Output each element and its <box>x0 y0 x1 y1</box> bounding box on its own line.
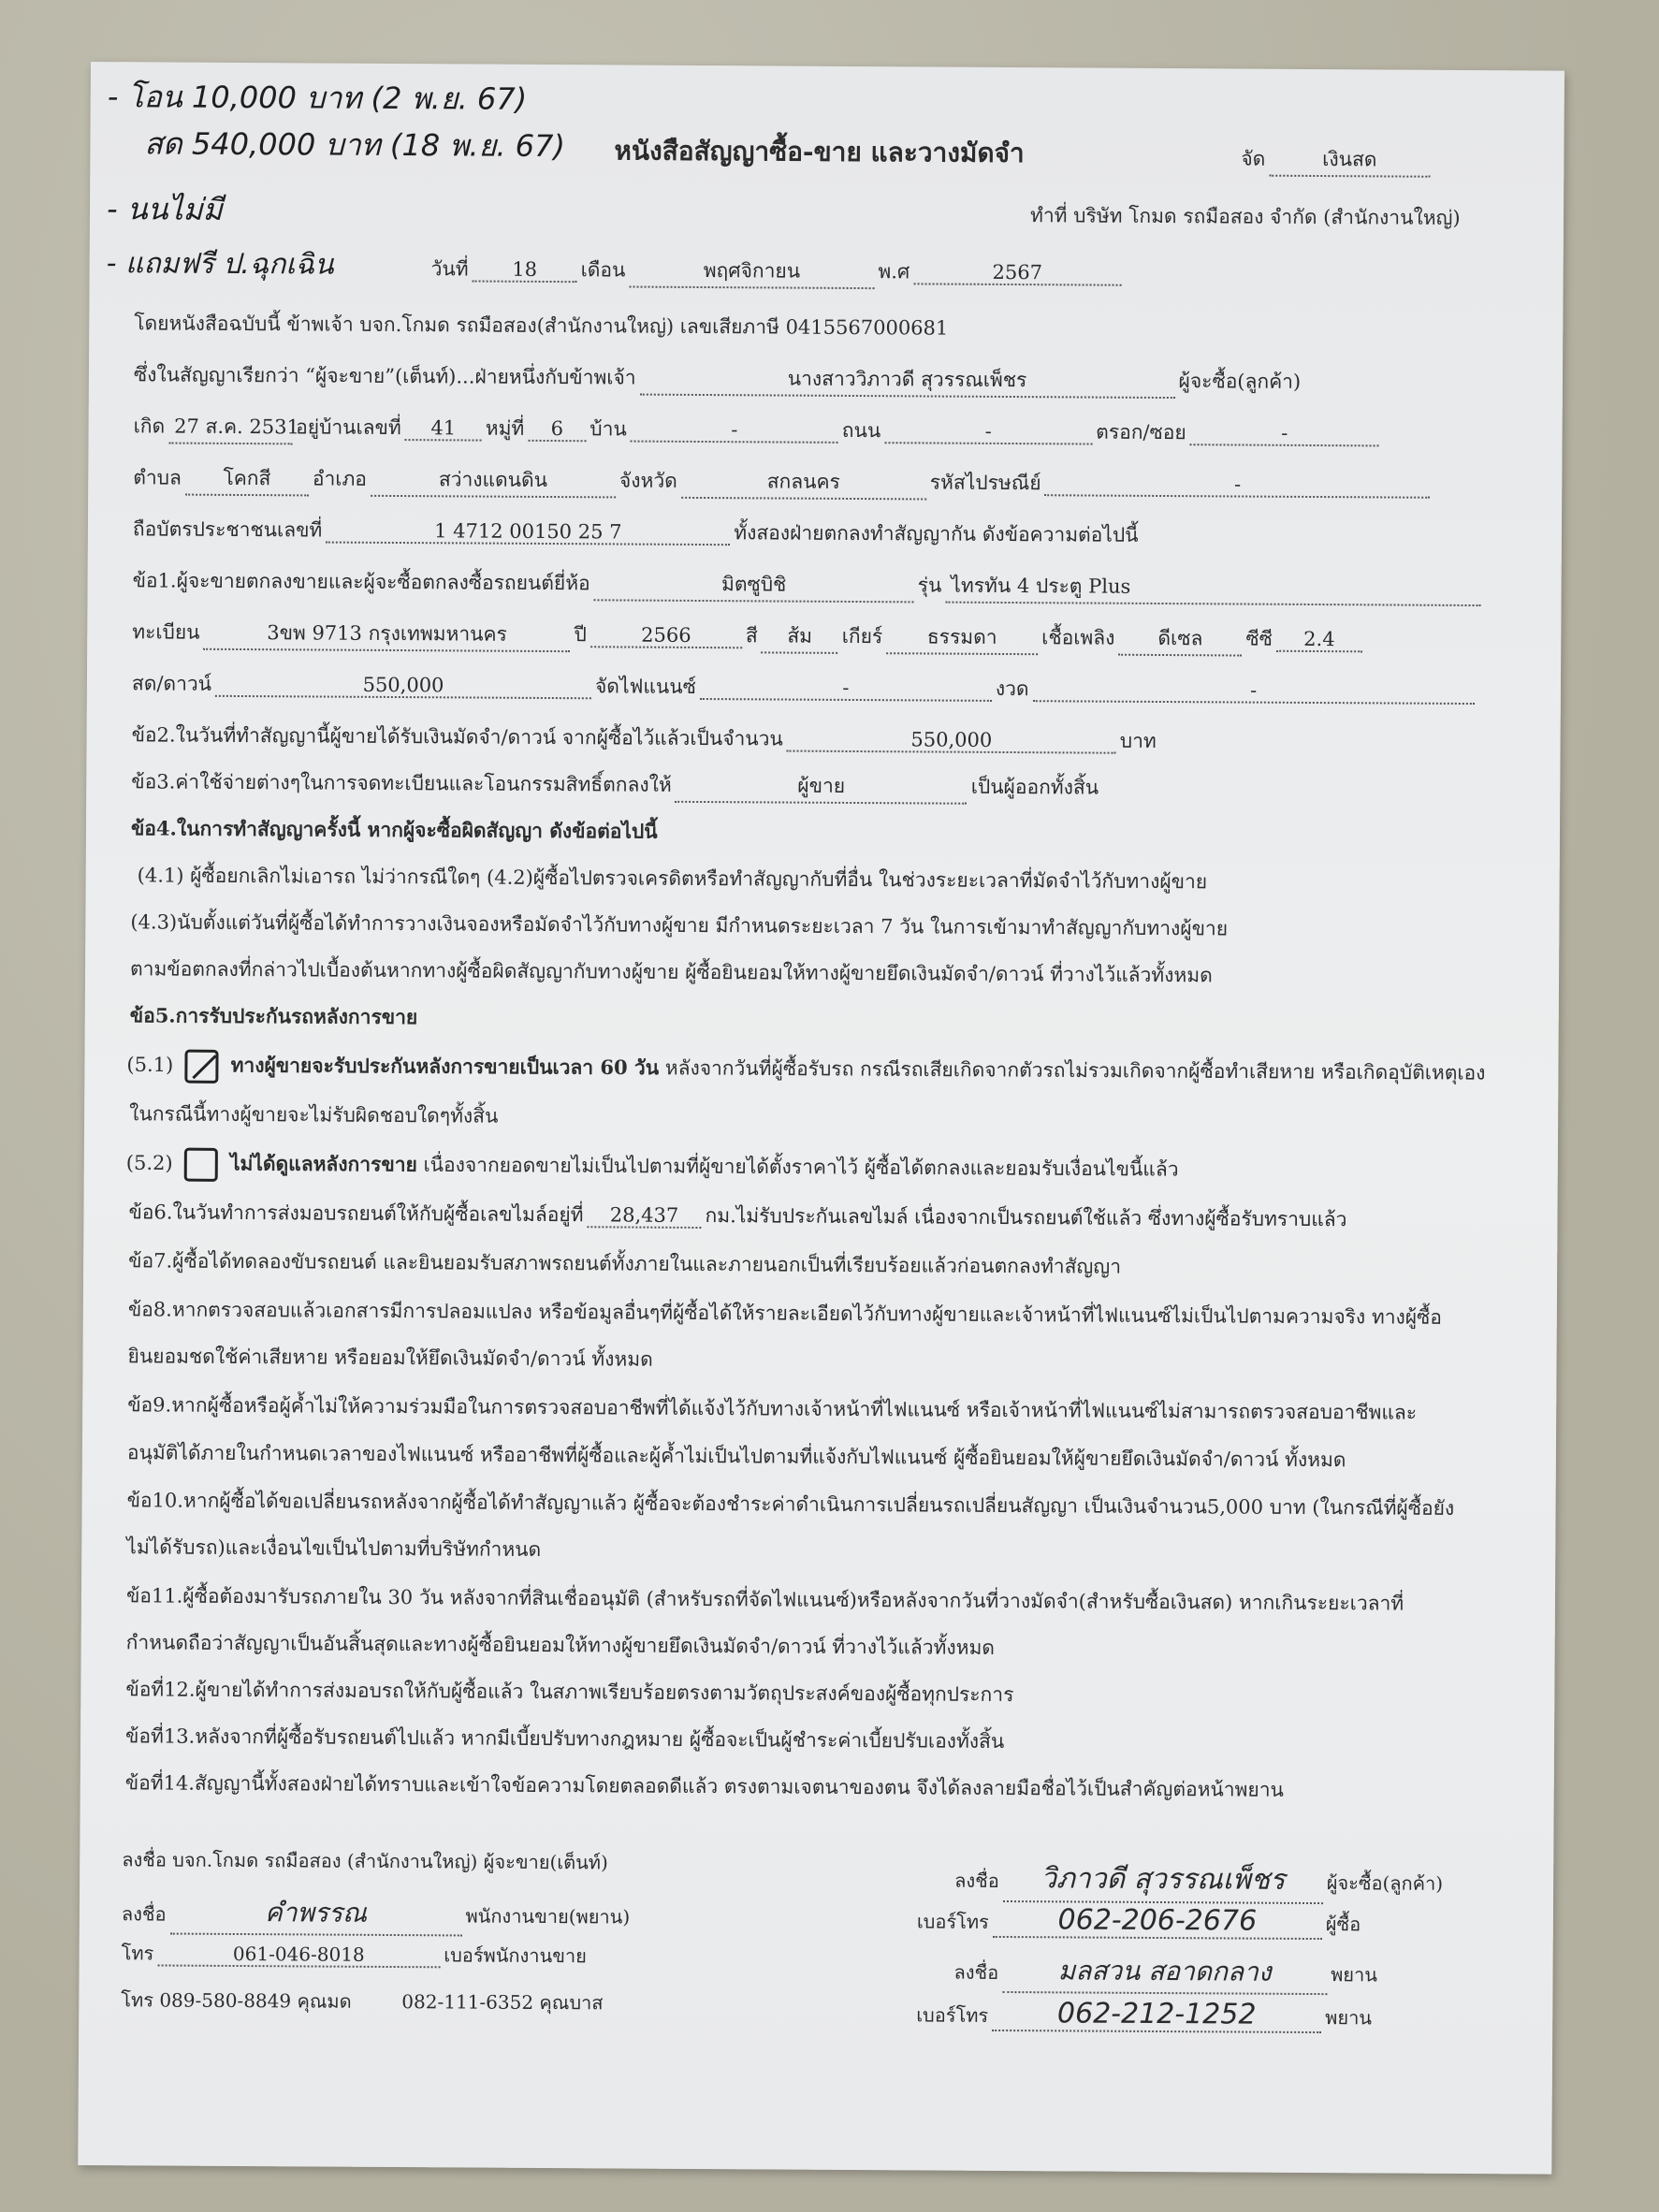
clause-3-suffix: เป็นผู้ออกทั้งสิ้น <box>971 772 1099 804</box>
vehicle-year: 2566 <box>590 623 742 648</box>
contract-paper: - โอน 10,000 บาท (2 พ.ย. 67) สด 540,000 … <box>78 62 1564 2175</box>
clause-5-2-label: (5.2) <box>126 1152 173 1174</box>
installment-label: งวด <box>996 674 1029 705</box>
clause-5-title: ข้อ5.การรับประกันรถหลังการขาย <box>130 1000 418 1033</box>
seller-signature-line: ลงชื่อ บจก.โกมด รถมือสอง (สำนักงานใหญ่) … <box>122 1844 608 1877</box>
subdistrict-value: โคกสี <box>185 463 309 497</box>
deposit-amount: 550,000 <box>787 728 1116 754</box>
handwritten-note-cash: สด 540,000 บาท (18 พ.ย. 67) <box>144 120 565 170</box>
id-value: 1 4712 00150 25 7 <box>326 519 730 546</box>
buyer-id-row: ถือบัตรประชาชนเลขที่ 1 4712 00150 25 7 ท… <box>133 514 1139 551</box>
month-label: เดือน <box>581 255 626 285</box>
clause-8b: ยินยอมชดใช้ค่าเสียหาย หรือยอมให้ยึดเงินม… <box>127 1341 652 1375</box>
witness-role: พยาน <box>1331 1959 1377 1989</box>
sales-sign-label: ลงชื่อ <box>122 1899 167 1928</box>
house-value: 41 <box>405 416 482 442</box>
vehicle-cc: 2.4 <box>1276 628 1362 653</box>
contact-2: 082-111-6352 คุณบาส <box>401 1986 603 2017</box>
sales-signature: คำพรรณ <box>169 1892 461 1937</box>
date-row: วันที่ 18 เดือน พฤศจิกายน พ.ศ 2567 <box>431 254 1126 291</box>
moo-label: หมู่ที่ <box>486 414 525 444</box>
clause-3: ข้อ3.ค่าใช้จ่ายต่างๆในการจดทะเบียนและโอน… <box>131 766 1099 805</box>
clause-5-1-bold: ทางผู้ขายจะรับประกันหลังการขายเป็นเวลา 6… <box>231 1053 660 1079</box>
year-label: พ.ศ <box>878 256 910 287</box>
finance-label: จัดไฟแนนซ์ <box>595 671 696 703</box>
postcode-value: - <box>1044 472 1430 499</box>
intro-line-1: โดยหนังสือฉบับนี้ ข้าพเจ้า บจก.โกมด รถมื… <box>134 308 948 343</box>
buyer-phone-label: เบอร์โทร <box>917 1906 989 1936</box>
clause-5-2-bold: ไม่ได้ดูแลหลังการขาย <box>230 1151 417 1175</box>
model-label: รุ่น <box>918 570 942 601</box>
cc-label: ซีซี <box>1245 624 1273 655</box>
year-value: 2567 <box>913 260 1121 285</box>
clause-4-1: (4.1) ผู้ซื้อยกเลิกไม่เอารถ ไม่ว่ากรณีใด… <box>138 860 1208 897</box>
village-label: บ้าน <box>589 414 627 444</box>
clause-5-1-text: หลังจากวันที่ผู้ซื้อรับรถ กรณีรถเสียเกิด… <box>659 1056 1485 1084</box>
warranty-60-days-checkbox[interactable] <box>185 1050 219 1084</box>
soi-label: ตรอก/ซอย <box>1096 417 1186 449</box>
witness-phone: 062-212-1252 <box>992 1997 1321 2033</box>
buyer-signature-row: ลงชื่อ วิภาวดี สุวรรณเพ็ชร ผู้จะซื้อ(ลูก… <box>954 1856 1443 1905</box>
buyer-role: ผู้จะซื้อ(ลูกค้า) <box>1327 1868 1444 1899</box>
clause-5-1-label: (5.1) <box>126 1054 173 1076</box>
clause-6-text: ข้อ6.ในวันทำการส่งมอบรถยนต์ให้กับผู้ซื้อ… <box>128 1197 583 1230</box>
born-value: 27 ส.ค. 2531 <box>168 412 292 445</box>
witness-phone-label: เบอร์โทร <box>916 2000 988 2030</box>
clause-13: ข้อที่13.หลังจากที่ผู้ซื้อรับรถยนต์ไปแล้… <box>125 1721 1004 1757</box>
handwritten-note-gift: - แถมฟรี ป.ฉุกเฉิน <box>107 241 334 286</box>
intro-line-2: ซึ่งในสัญญาเรียกว่า “ผู้จะขาย”(เต็นท์)..… <box>134 359 1301 400</box>
sales-phone-row: โทร 061-046-8018 เบอร์พนักงานขาย <box>122 1938 587 1971</box>
moo-value: 6 <box>528 417 586 442</box>
buyer-signature: วิภาวดี สุวรรณเพ็ชร <box>1003 1856 1323 1904</box>
contact-1: โทร 089-580-8849 คุณมด <box>121 1985 351 2016</box>
clause-4-3a: (4.3)นับตั้งแต่วันที่ผู้ซื้อได้ทำการวางเ… <box>130 907 1228 944</box>
clause-6: ข้อ6.ในวันทำการส่งมอบรถยนต์ให้กับผู้ซื้อ… <box>128 1197 1346 1235</box>
handwritten-note-transfer: - โอน 10,000 บาท (2 พ.ย. 67) <box>108 73 528 124</box>
witness-sign-label: ลงชื่อ <box>953 1957 998 1987</box>
day-label: วันที่ <box>431 254 469 284</box>
vehicle-brand: มิตซูบิชิ <box>594 568 914 603</box>
sales-role: พนักงานขาย(พยาน) <box>465 1900 630 1931</box>
clause-5-1-cont: ในกรณีนี้ทางผู้ขายจะไม่รับผิดชอบใดๆทั้งส… <box>129 1099 498 1131</box>
witness-phone-row: เบอร์โทร 062-212-1252 พยาน <box>916 1996 1372 2033</box>
mileage-value: 28,437 <box>587 1203 701 1229</box>
day-value: 18 <box>473 257 577 283</box>
vehicle-color: ส้ม <box>762 620 838 654</box>
clause-12: ข้อที่12.ผู้ขายได้ทำการส่งมอบรถให้กับผู้… <box>125 1674 1013 1710</box>
document-title: หนังสือสัญญาซื้อ-ขาย และวางมัดจำ <box>614 130 1025 174</box>
plate-value: 3ขพ 9713 กรุงเทพมหานคร <box>203 618 570 652</box>
district-value: สว่างแดนดิน <box>371 464 616 499</box>
buyer-address-row-1: เกิด 27 ส.ค. 2531 อยู่บ้านเลขที่ 41 หมู่… <box>134 411 1383 451</box>
buyer-phone-suffix: ผู้ซื้อ <box>1326 1909 1361 1939</box>
clause-14: ข้อที่14.สัญญานี้ทั้งสองฝ่ายได้ทราบและเข… <box>125 1768 1284 1806</box>
vehicle-row-3: สด/ดาวน์ 550,000 จัดไฟแนนซ์ - งวด - <box>132 668 1478 707</box>
clause-9a: ข้อ9.หากผู้ซื้อหรือผู้ค้ำไม่ให้ความร่วมม… <box>127 1390 1417 1428</box>
payment-type-field: จัด เงินสด <box>1241 144 1433 178</box>
id-suffix: ทั้งสองฝ่ายตกลงทำสัญญากัน ดังข้อความต่อไ… <box>734 517 1138 551</box>
clause-5-2-text: เนื่องจากยอดขายไม่เป็นไปตามที่ผู้ขายได้ต… <box>417 1154 1179 1181</box>
plate-label: ทะเบียน <box>132 617 199 648</box>
clause-10a: ข้อ10.หากผู้ซื้อได้ขอเปลี่ยนรถหลังจากผู้… <box>127 1485 1455 1524</box>
clause-11a: ข้อ11.ผู้ซื้อต้องมารับรถภายใน 30 วัน หลั… <box>126 1580 1404 1619</box>
postcode-label: รหัสไปรษณีย์ <box>930 467 1041 499</box>
witness-signature: มลสวน สอาดกลาง <box>1002 1950 1327 1995</box>
district-label: อำเภอ <box>313 463 367 494</box>
fuel-label: เชื้อเพลิง <box>1041 622 1114 653</box>
buyer-address-row-2: ตำบล โคกสี อำเภอ สว่างแดนดิน จังหวัด สกล… <box>133 462 1433 502</box>
buyer-role: ผู้จะซื้อ(ลูกค้า) <box>1178 366 1301 398</box>
color-label: สี <box>746 620 758 651</box>
clause-7: ข้อ7.ผู้ซื้อได้ทดลองขับรถยนต์ และยินยอมร… <box>128 1245 1121 1282</box>
buyer-name: นางสาววิภาวดี สุวรรณเพ็ชร <box>639 363 1174 399</box>
clause-4-3b: ตามข้อตกลงที่กล่าวไปเบื้องต้นหากทางผู้ซื… <box>130 953 1213 991</box>
witness-signature-row: ลงชื่อ มลสวน สอาดกลาง พยาน <box>953 1950 1377 1996</box>
vehicle-gear: ธรรมดา <box>886 621 1038 655</box>
house-label: อยู่บ้านเลขที่ <box>296 412 401 444</box>
clause-8a: ข้อ8.หากตรวจสอบแล้วเอกสารมีการปลอมแปลง ห… <box>128 1294 1442 1333</box>
buyer-phone: 062-206-2676 <box>993 1903 1322 1940</box>
fee-payer: ผู้ขาย <box>676 770 968 805</box>
buyer-phone-row: เบอร์โทร 062-206-2676 ผู้ซื้อ <box>917 1902 1361 1940</box>
vehicle-model: ไทรทัน 4 ประตู Plus <box>945 571 1480 606</box>
road-label: ถนน <box>842 415 881 446</box>
payment-type-label: จัด <box>1241 144 1265 175</box>
cash-label: สด/ดาวน์ <box>132 668 211 700</box>
clause-2-text: ข้อ2.ในวันที่ทำสัญญานี้ผู้ขายได้รับเงินม… <box>132 720 783 754</box>
finance-value: - <box>700 676 992 702</box>
cash-value: 550,000 <box>215 673 591 699</box>
clause-10b: ไม่ได้รับรถ)และเงื่อนไขเป็นไปตามที่บริษั… <box>126 1532 541 1565</box>
payment-type-value: เงินสด <box>1269 144 1430 178</box>
installment-value: - <box>1033 677 1475 705</box>
clause-2: ข้อ2.ในวันที่ทำสัญญานี้ผู้ขายได้รับเงินม… <box>132 720 1157 757</box>
sales-phone-label: โทร <box>122 1938 154 1968</box>
clause-1-text: ข้อ1.ผู้จะขายตกลงขายและผู้จะซื้อตกลงซื้อ… <box>133 565 590 599</box>
sales-phone: 061-046-8018 <box>157 1942 440 1968</box>
village-value: - <box>631 418 838 444</box>
road-value: - <box>884 419 1092 444</box>
gear-label: เกียร์ <box>842 621 883 652</box>
intro-prefix: ซึ่งในสัญญาเรียกว่า “ผู้จะขาย”(เต็นท์)..… <box>134 359 636 393</box>
sales-signature-row: ลงชื่อ คำพรรณ พนักงานขาย(พยาน) <box>122 1891 631 1937</box>
clause-11b: กำหนดถือว่าสัญญาเป็นอันสิ้นสุดและทางผู้ซ… <box>126 1627 995 1664</box>
clause-4-title: ข้อ4.ในการทำสัญญาครั้งนี้ หากผู้จะซื้อผิ… <box>131 813 658 847</box>
clause-5-2: (5.2) ไม่ได้ดูแลหลังการขาย เนื่องจากยอดข… <box>126 1147 1179 1187</box>
vehicle-fuel: ดีเซล <box>1118 623 1242 657</box>
vehicle-row-2: ทะเบียน 3ขพ 9713 กรุงเทพมหานคร ปี 2566 ส… <box>132 617 1366 657</box>
vehicle-year-label: ปี <box>574 619 587 650</box>
currency-label: บาท <box>1120 726 1157 757</box>
id-label: ถือบัตรประชาชนเลขที่ <box>133 514 323 546</box>
buyer-sign-label: ลงชื่อ <box>954 1866 999 1896</box>
sales-phone-suffix: เบอร์พนักงานขาย <box>444 1940 587 1971</box>
contract-location: ทำที่ บริษัท โกมด รถมือสอง จำกัด (สำนักง… <box>1030 200 1461 234</box>
province-value: สกลนคร <box>681 466 926 501</box>
month-value: พฤศจิกายน <box>629 255 874 290</box>
clause-9b: อนุมัติได้ภายในกำหนดเวลาของไฟแนนซ์ หรืออ… <box>127 1437 1346 1476</box>
province-label: จังหวัด <box>619 465 677 496</box>
witness-phone-suffix: พยาน <box>1325 2002 1372 2032</box>
vehicle-row-1: ข้อ1.ผู้จะขายตกลงขายและผู้จะซื้อตกลงซื้อ… <box>132 565 1484 606</box>
clause-6-suffix: กม.ไม่รับประกันเลขไมล์ เนื่องจากเป็นรถยน… <box>705 1201 1346 1235</box>
clause-5-1: (5.1) ทางผู้ขายจะรับประกันหลังการขายเป็น… <box>126 1049 1485 1091</box>
subdistrict-label: ตำบล <box>133 462 182 493</box>
no-warranty-checkbox[interactable] <box>184 1148 218 1182</box>
handwritten-note-none: - นนไม่มี <box>107 185 223 234</box>
born-label: เกิด <box>134 411 166 442</box>
clause-3-text: ข้อ3.ค่าใช้จ่ายต่างๆในการจดทะเบียนและโอน… <box>131 766 672 801</box>
soi-value: - <box>1190 421 1379 446</box>
